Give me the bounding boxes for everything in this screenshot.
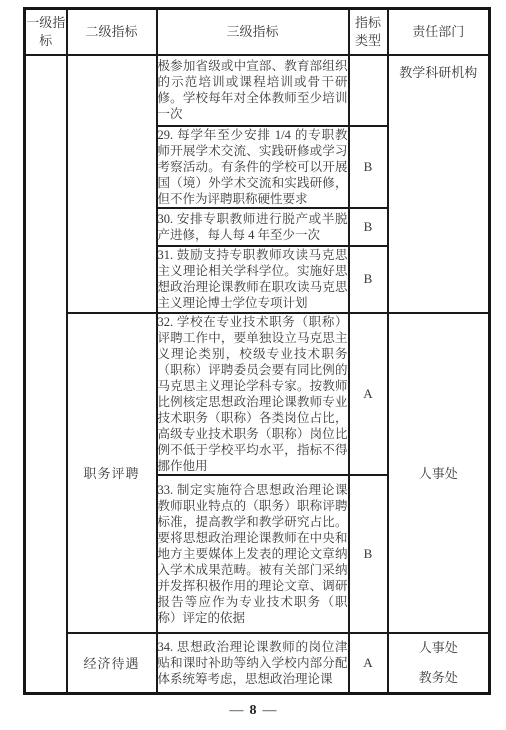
indicator-type-cell-32: A bbox=[349, 313, 388, 475]
table-row: 极参加省级或中宣部、教育部组织的示范培训或课程培训或骨干研修。学校每年对全体教师… bbox=[25, 55, 490, 126]
indicator-table: 一级指标 二级指标 三级指标 指标类型 责任部门 极参加省级或中宣部、教育部组织… bbox=[23, 7, 491, 695]
third-indicator-cell-30: 30. 安排专职教师进行脱产或半脱产进修，每人每 4 年至少一次 bbox=[157, 208, 349, 246]
header-responsible-department: 责任部门 bbox=[388, 9, 490, 55]
header-indicator-type: 指标类型 bbox=[349, 9, 388, 55]
department-line-1: 人事处 bbox=[389, 640, 489, 655]
page-number-left-dash: — bbox=[224, 703, 250, 718]
level2-cell-economic-treatment: 经济待遇 bbox=[67, 633, 157, 694]
indicator-type-cell-30: B bbox=[349, 208, 388, 246]
level1-indicator-cell bbox=[25, 55, 67, 694]
department-line-2: 教务处 bbox=[389, 670, 489, 685]
page-number: —8— bbox=[0, 702, 506, 720]
table-row: 职务评聘 32. 学校在专业技术职务（职称）评聘工作中，要单独设立马克思主义理论… bbox=[25, 313, 490, 475]
department-gap bbox=[389, 655, 489, 670]
third-indicator-cell-34: 34. 思想政治理论课教师的岗位津贴和课时补助等纳入学校内部分配体系统筹考虑，思… bbox=[157, 633, 349, 694]
department-cell-group1: 教学科研机构 bbox=[388, 55, 490, 313]
header-level2-indicator: 二级指标 bbox=[67, 9, 157, 55]
third-indicator-cell-33: 33. 制定实施符合思想政治理论课教师职业特点的（职务）职称评聘标准，提高教学和… bbox=[157, 475, 349, 633]
department-cell-group2: 人事处 bbox=[388, 313, 490, 633]
table-header-row: 一级指标 二级指标 三级指标 指标类型 责任部门 bbox=[25, 9, 490, 55]
department-cell-group3: 人事处 教务处 bbox=[388, 633, 490, 694]
indicator-type-cell-31: B bbox=[349, 246, 388, 313]
document-page: 一级指标 二级指标 三级指标 指标类型 责任部门 极参加省级或中宣部、教育部组织… bbox=[0, 0, 506, 730]
third-indicator-cell-31: 31. 鼓励支持专职教师攻读马克思主义理论相关学科学位。实施好思想政治理论课教师… bbox=[157, 246, 349, 313]
indicator-type-cell-33: B bbox=[349, 475, 388, 633]
level2-cell-job-title-evaluation: 职务评聘 bbox=[67, 313, 157, 633]
third-indicator-cell-cont: 极参加省级或中宣部、教育部组织的示范培训或课程培训或骨干研修。学校每年对全体教师… bbox=[157, 55, 349, 126]
indicator-type-cell-34: A bbox=[349, 633, 388, 694]
header-level3-indicator: 三级指标 bbox=[157, 9, 349, 55]
third-indicator-cell-32: 32. 学校在专业技术职务（职称）评聘工作中，要单独设立马克思主义理论类别，校级… bbox=[157, 313, 349, 475]
indicator-type-cell-cont bbox=[349, 55, 388, 126]
third-indicator-cell-29: 29. 每学年至少安排 1/4 的专职教师开展学术交流、实践研修或学习考察活动。… bbox=[157, 126, 349, 208]
level2-cell-group1 bbox=[67, 55, 157, 313]
indicator-type-cell-29: B bbox=[349, 126, 388, 208]
header-level1-indicator: 一级指标 bbox=[25, 9, 67, 55]
page-number-value: 8 bbox=[250, 703, 257, 718]
page-number-right-dash: — bbox=[257, 703, 283, 718]
table-row: 经济待遇 34. 思想政治理论课教师的岗位津贴和课时补助等纳入学校内部分配体系统… bbox=[25, 633, 490, 694]
